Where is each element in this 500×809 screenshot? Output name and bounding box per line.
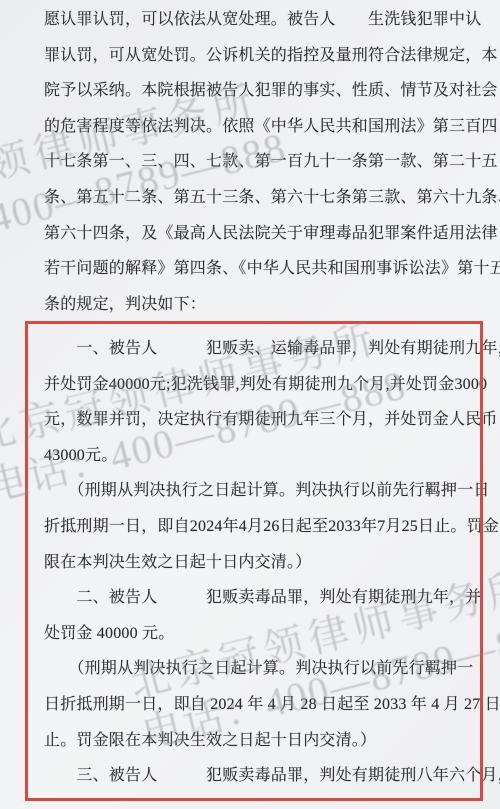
intro-paragraph: 愿认罪认罚，可以依法从宽处理。被告人 生洗钱犯罪中认罪认罚，可从宽处罚。公诉机关… [44, 2, 480, 322]
text-line: 第六十四条，及《最高人民法院关于审理毒品犯罪案件适用法律 [44, 216, 480, 252]
highlight-box [25, 321, 483, 801]
text-line: 十七条第一、三、四、七款、第一百九十一条第一款、第二十五 [44, 144, 480, 180]
text-line: 罪认罚，可从宽处罚。公诉机关的指控及量刑符合法律规定，本 [44, 38, 480, 74]
text-line: 院予以采纳。本院根据被告人犯罪的事实、性质、情节及对社会 [44, 73, 480, 109]
text-line: 条的规定，判决如下： [44, 287, 480, 323]
text-line: 的危害程度等依法判决。依照《中华人民共和国刑法》第三百四 [44, 109, 480, 145]
text-line: 条、第五十二条、第五十三条、第六十七条第三款、第六十九条、 [44, 180, 480, 216]
court-judgment-page: 北京冠领律师事务所 电话：400—8789—888 北京冠领律师事务所 电话：4… [0, 0, 500, 809]
text-line: 愿认罪认罚，可以依法从宽处理。被告人 生洗钱犯罪中认 [44, 2, 480, 38]
text-line: 若干问题的解释》第四条、《中华人民共和国刑事诉讼法》第十五 [44, 251, 480, 287]
